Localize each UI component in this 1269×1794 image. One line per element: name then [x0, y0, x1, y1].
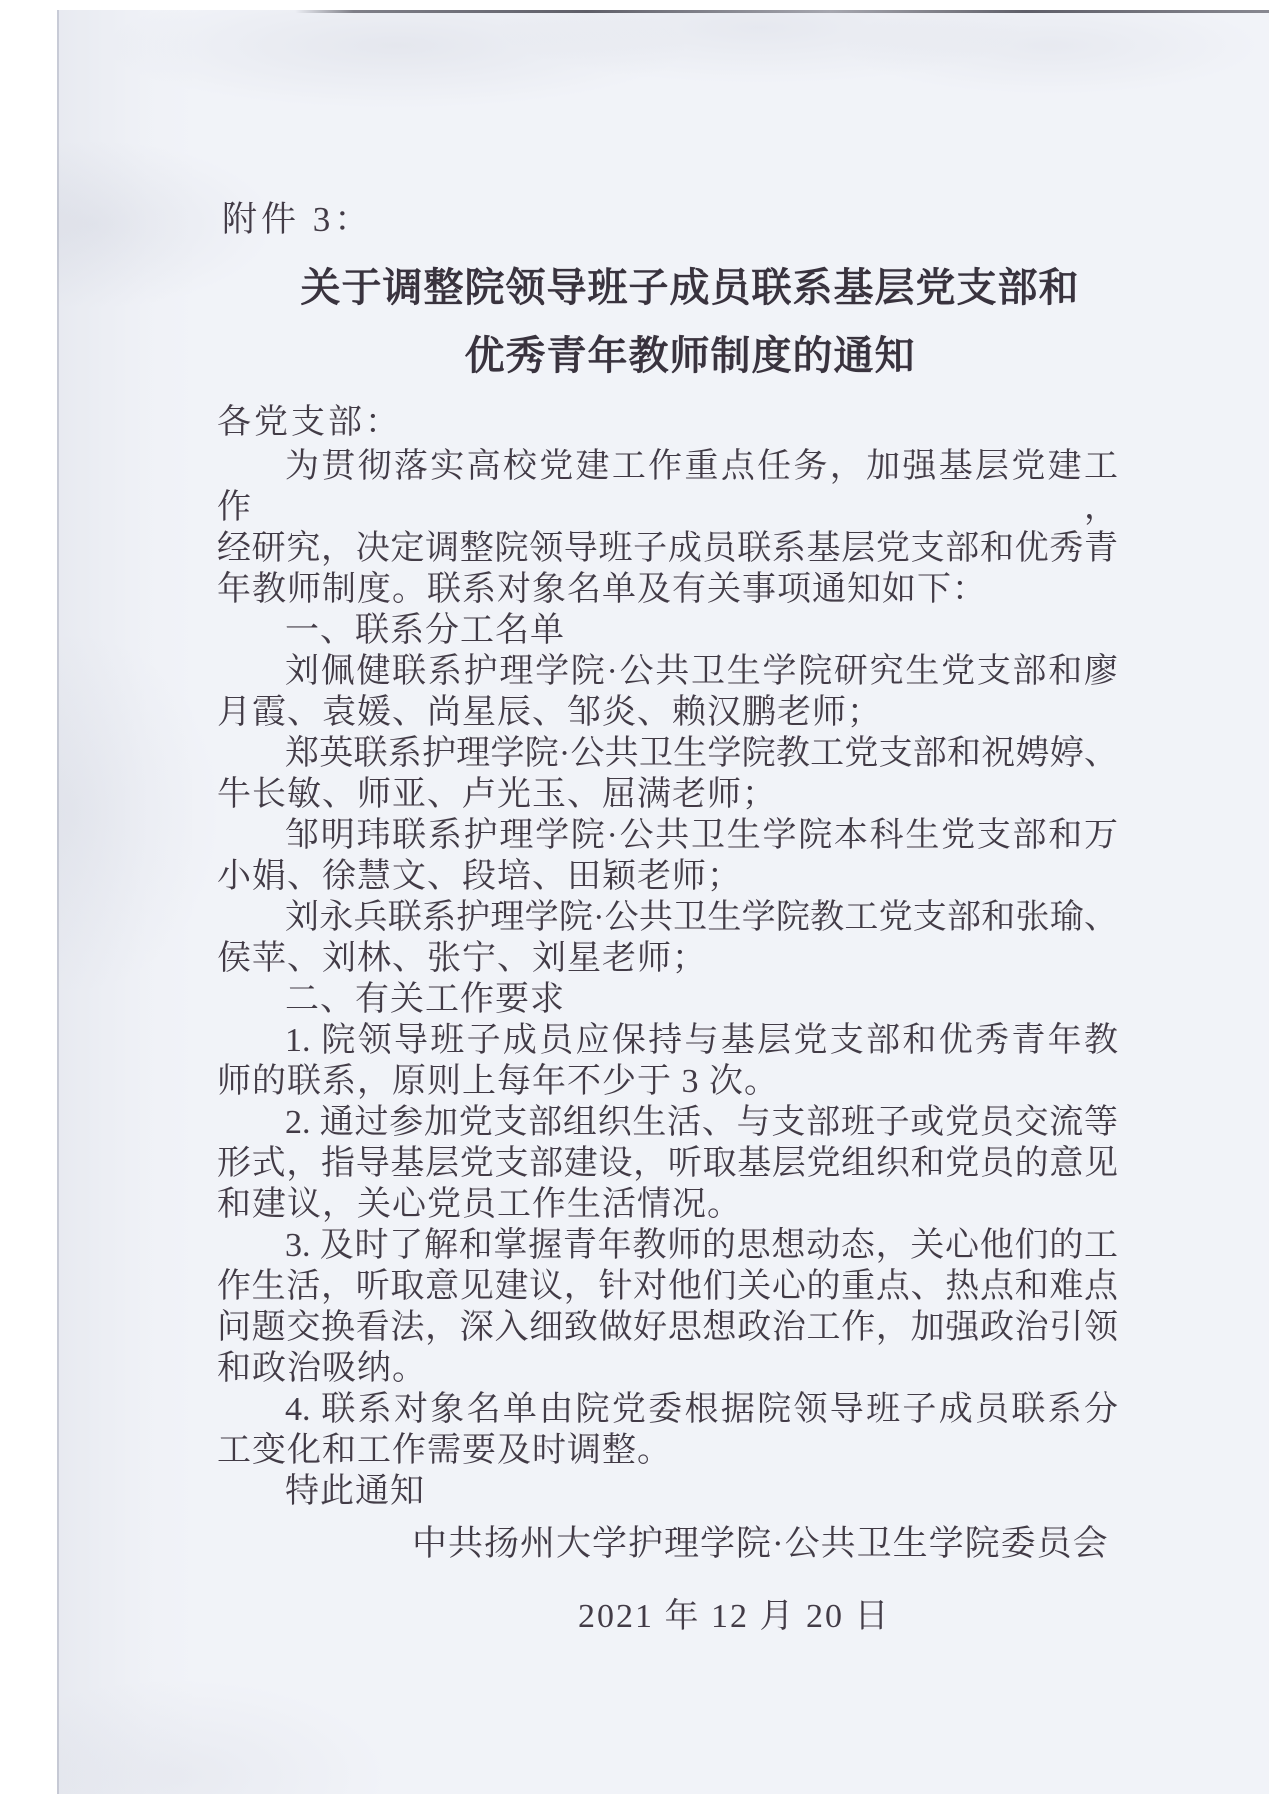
body-line: 月霞、袁媛、尚星辰、邹炎、赖汉鹏老师；	[217, 692, 1118, 733]
body-line: 2. 通过参加党支部组织生活、与支部班子或党员交流等	[217, 1102, 1118, 1143]
body-line: 4. 联系对象名单由院党委根据院领导班子成员联系分	[217, 1389, 1118, 1430]
scan-edge-artifact	[295, 10, 1269, 13]
body-line: 师的联系，原则上每年不少于 3 次。	[217, 1061, 1118, 1102]
body-line: 形式，指导基层党支部建设，听取基层党组织和党员的意见	[217, 1143, 1118, 1184]
body-line: 一、联系分工名单	[217, 610, 1118, 651]
body-line: 3. 及时了解和掌握青年教师的思想动态，关心他们的工	[217, 1225, 1118, 1266]
body-line: 年教师制度。联系对象名单及有关事项通知如下：	[217, 569, 1118, 610]
salutation: 各党支部：	[217, 394, 402, 443]
body-line: 和政治吸纳。	[217, 1348, 1118, 1389]
body-line: 工变化和工作需要及时调整。	[217, 1430, 1118, 1471]
body-line: 1. 院领导班子成员应保持与基层党支部和优秀青年教	[217, 1020, 1118, 1061]
document-title: 关于调整院领导班子成员联系基层党支部和 优秀青年教师制度的通知	[250, 254, 1130, 390]
body-line: 和建议，关心党员工作生活情况。	[217, 1184, 1118, 1225]
body-line: 经研究，决定调整院领导班子成员联系基层党支部和优秀青	[217, 528, 1118, 569]
body-line: 牛长敏、师亚、卢光玉、屈满老师；	[217, 774, 1118, 815]
document-title-line-1: 关于调整院领导班子成员联系基层党支部和	[250, 254, 1130, 322]
body-line: 二、有关工作要求	[217, 979, 1118, 1020]
body-line: 为贯彻落实高校党建工作重点任务，加强基层党建工作，	[217, 446, 1118, 528]
body-line: 刘永兵联系护理学院·公共卫生学院教工党支部和张瑜、	[217, 897, 1118, 938]
body-line: 郑英联系护理学院·公共卫生学院教工党支部和祝娉婷、	[217, 733, 1118, 774]
signature-committee: 中共扬州大学护理学院·公共卫生学院委员会	[412, 1516, 1109, 1566]
body-line: 刘佩健联系护理学院·公共卫生学院研究生党支部和廖	[217, 651, 1118, 692]
body-line: 特此通知	[217, 1471, 1118, 1512]
document-title-line-2: 优秀青年教师制度的通知	[250, 322, 1130, 390]
document-body: 为贯彻落实高校党建工作重点任务，加强基层党建工作，经研究，决定调整院领导班子成员…	[217, 446, 1118, 1512]
document-date: 2021 年 12 月 20 日	[578, 1588, 891, 1637]
attachment-label: 附件 3：	[222, 192, 373, 242]
page-left-edge	[57, 10, 59, 1794]
body-line: 侯苹、刘林、张宁、刘星老师；	[217, 938, 1118, 979]
body-line: 作生活，听取意见建议，针对他们关心的重点、热点和难点	[217, 1266, 1118, 1307]
body-line: 邹明玮联系护理学院·公共卫生学院本科生党支部和万	[217, 815, 1118, 856]
body-line: 小娟、徐慧文、段培、田颖老师；	[217, 856, 1118, 897]
body-line: 问题交换看法，深入细致做好思想政治工作，加强政治引领	[217, 1307, 1118, 1348]
